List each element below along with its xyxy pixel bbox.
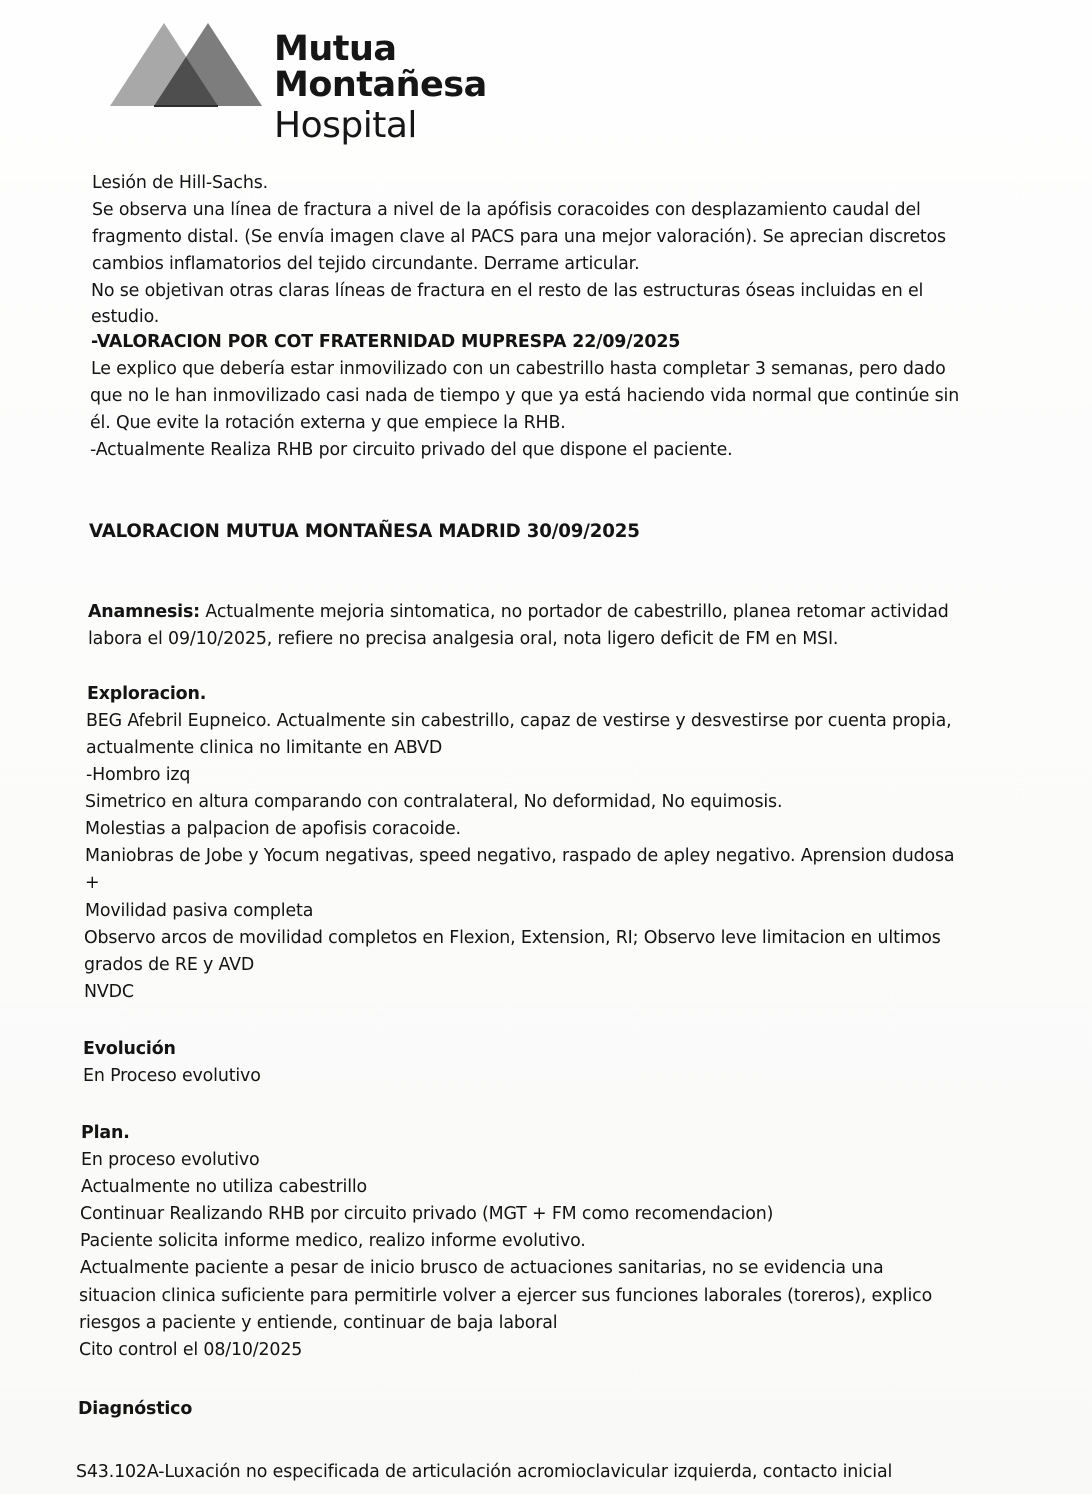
imaging-report-line: Se observa una línea de fractura a nivel… (92, 197, 921, 224)
plan-line: Actualmente paciente a pesar de inicio b… (80, 1255, 884, 1282)
anamnesis-line: labora el 09/10/2025, refiere no precisa… (88, 626, 838, 653)
exploracion-line: grados de RE y AVD (84, 952, 254, 979)
exploracion-line: Observo arcos de movilidad completos en … (84, 925, 941, 952)
cot-assessment-line: -Actualmente Realiza RHB por circuito pr… (90, 437, 733, 464)
plan-line: Continuar Realizando RHB por circuito pr… (80, 1201, 773, 1228)
exploracion-line: Molestias a palpacion de apofisis coraco… (85, 816, 461, 843)
mountain-triangles-logo-icon (106, 18, 266, 108)
evolucion-heading: Evolución (83, 1036, 176, 1063)
document-page: Mutua Montañesa Hospital Lesión de Hill-… (0, 0, 1092, 1494)
mutua-assessment-heading: VALORACION MUTUA MONTAÑESA MADRID 30/09/… (89, 518, 640, 545)
exploracion-line: actualmente clinica no limitante en ABVD (86, 735, 442, 762)
anamnesis-line: Anamnesis: Actualmente mejoria sintomati… (88, 599, 949, 626)
brand-name-line1: Mutua (274, 32, 487, 68)
plan-line: Cito control el 08/10/2025 (79, 1337, 302, 1364)
exploracion-line: + (85, 870, 99, 897)
plan-line: En proceso evolutivo (81, 1147, 260, 1174)
hospital-logo: Mutua Montañesa Hospital (106, 18, 486, 158)
exploracion-line: BEG Afebril Eupneico. Actualmente sin ca… (86, 708, 952, 735)
brand-name-line2: Montañesa (274, 68, 487, 104)
diagnostico-heading: Diagnóstico (78, 1396, 192, 1423)
exploracion-heading: Exploracion. (87, 681, 206, 708)
plan-line: riesgos a paciente y entiende, continuar… (79, 1310, 557, 1337)
brand-name-line3: Hospital (274, 108, 487, 148)
exploracion-line: -Hombro izq (86, 762, 190, 789)
plan-line: situacion clinica suficiente para permit… (79, 1283, 932, 1310)
anamnesis-text: Actualmente mejoria sintomatica, no port… (200, 602, 949, 622)
anamnesis-label: Anamnesis: (88, 602, 200, 622)
exploracion-line: Simetrico en altura comparando con contr… (85, 789, 782, 816)
cot-assessment-heading: -VALORACION POR COT FRATERNIDAD MUPRESPA… (91, 329, 680, 356)
imaging-report-line: estudio. (91, 304, 159, 331)
plan-line: Actualmente no utiliza cabestrillo (81, 1174, 367, 1201)
cot-assessment-line: él. Que evite la rotación externa y que … (90, 410, 566, 437)
cot-assessment-line: que no le han inmovilizado casi nada de … (90, 383, 959, 410)
exploracion-line: NVDC (84, 979, 134, 1006)
imaging-report-line: cambios inflamatorios del tejido circund… (92, 251, 639, 278)
cot-assessment-line: Le explico que debería estar inmovilizad… (91, 356, 946, 383)
exploracion-line: Maniobras de Jobe y Yocum negativas, spe… (85, 843, 954, 870)
imaging-report-line: fragmento distal. (Se envía imagen clave… (92, 224, 946, 251)
logo-wordmark: Mutua Montañesa Hospital (274, 32, 487, 148)
exploracion-line: Movilidad pasiva completa (85, 898, 313, 925)
imaging-report-line: Lesión de Hill-Sachs. (92, 170, 268, 197)
evolucion-line: En Proceso evolutivo (83, 1063, 261, 1090)
diagnostico-code-line: S43.102A-Luxación no especificada de art… (76, 1459, 892, 1486)
plan-heading: Plan. (81, 1120, 130, 1147)
imaging-report-line: No se objetivan otras claras líneas de f… (91, 278, 923, 305)
plan-line: Paciente solicita informe medico, realiz… (80, 1228, 586, 1255)
